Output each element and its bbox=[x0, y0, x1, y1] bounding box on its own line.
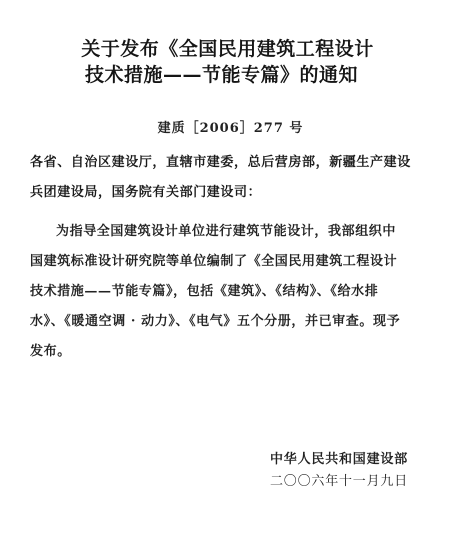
body-paragraph: 为指导全国建筑设计单位进行建筑节能设计，我部组织中 国建筑标准设计研究院等单位编… bbox=[30, 217, 410, 367]
document-title-line-1: 关于发布《全国民用建筑工程设计 bbox=[0, 36, 458, 62]
body-line: 为指导全国建筑设计单位进行建筑节能设计，我部组织中 bbox=[30, 217, 410, 247]
document-title-line-2: 技术措施——节能专篇》的通知 bbox=[0, 62, 452, 88]
signature-issuer: 中华人民共和国建设部 bbox=[270, 448, 408, 467]
addressee: 各省、自治区建设厅，直辖市建委，总后营房部，新疆生产建设 兵团建设局，国务院有关… bbox=[30, 148, 410, 208]
body-line: 技术措施——节能专篇》，包括《建筑》、《结构》、《给水排 bbox=[30, 277, 410, 307]
body-line: 发布。 bbox=[30, 337, 410, 367]
document-number: 建质［2006］277 号 bbox=[0, 117, 461, 136]
addressee-line: 兵团建设局，国务院有关部门建设司： bbox=[30, 178, 410, 208]
signature-date: 二〇〇六年十一月九日 bbox=[270, 470, 408, 489]
body-line: 国建筑标准设计研究院等单位编制了《全国民用建筑工程设计 bbox=[30, 247, 410, 277]
addressee-line: 各省、自治区建设厅，直辖市建委，总后营房部，新疆生产建设 bbox=[30, 148, 410, 178]
body-line: 水》、《暖通空调 · 动力》、《电气》五个分册，并已审查。现予 bbox=[30, 307, 410, 337]
